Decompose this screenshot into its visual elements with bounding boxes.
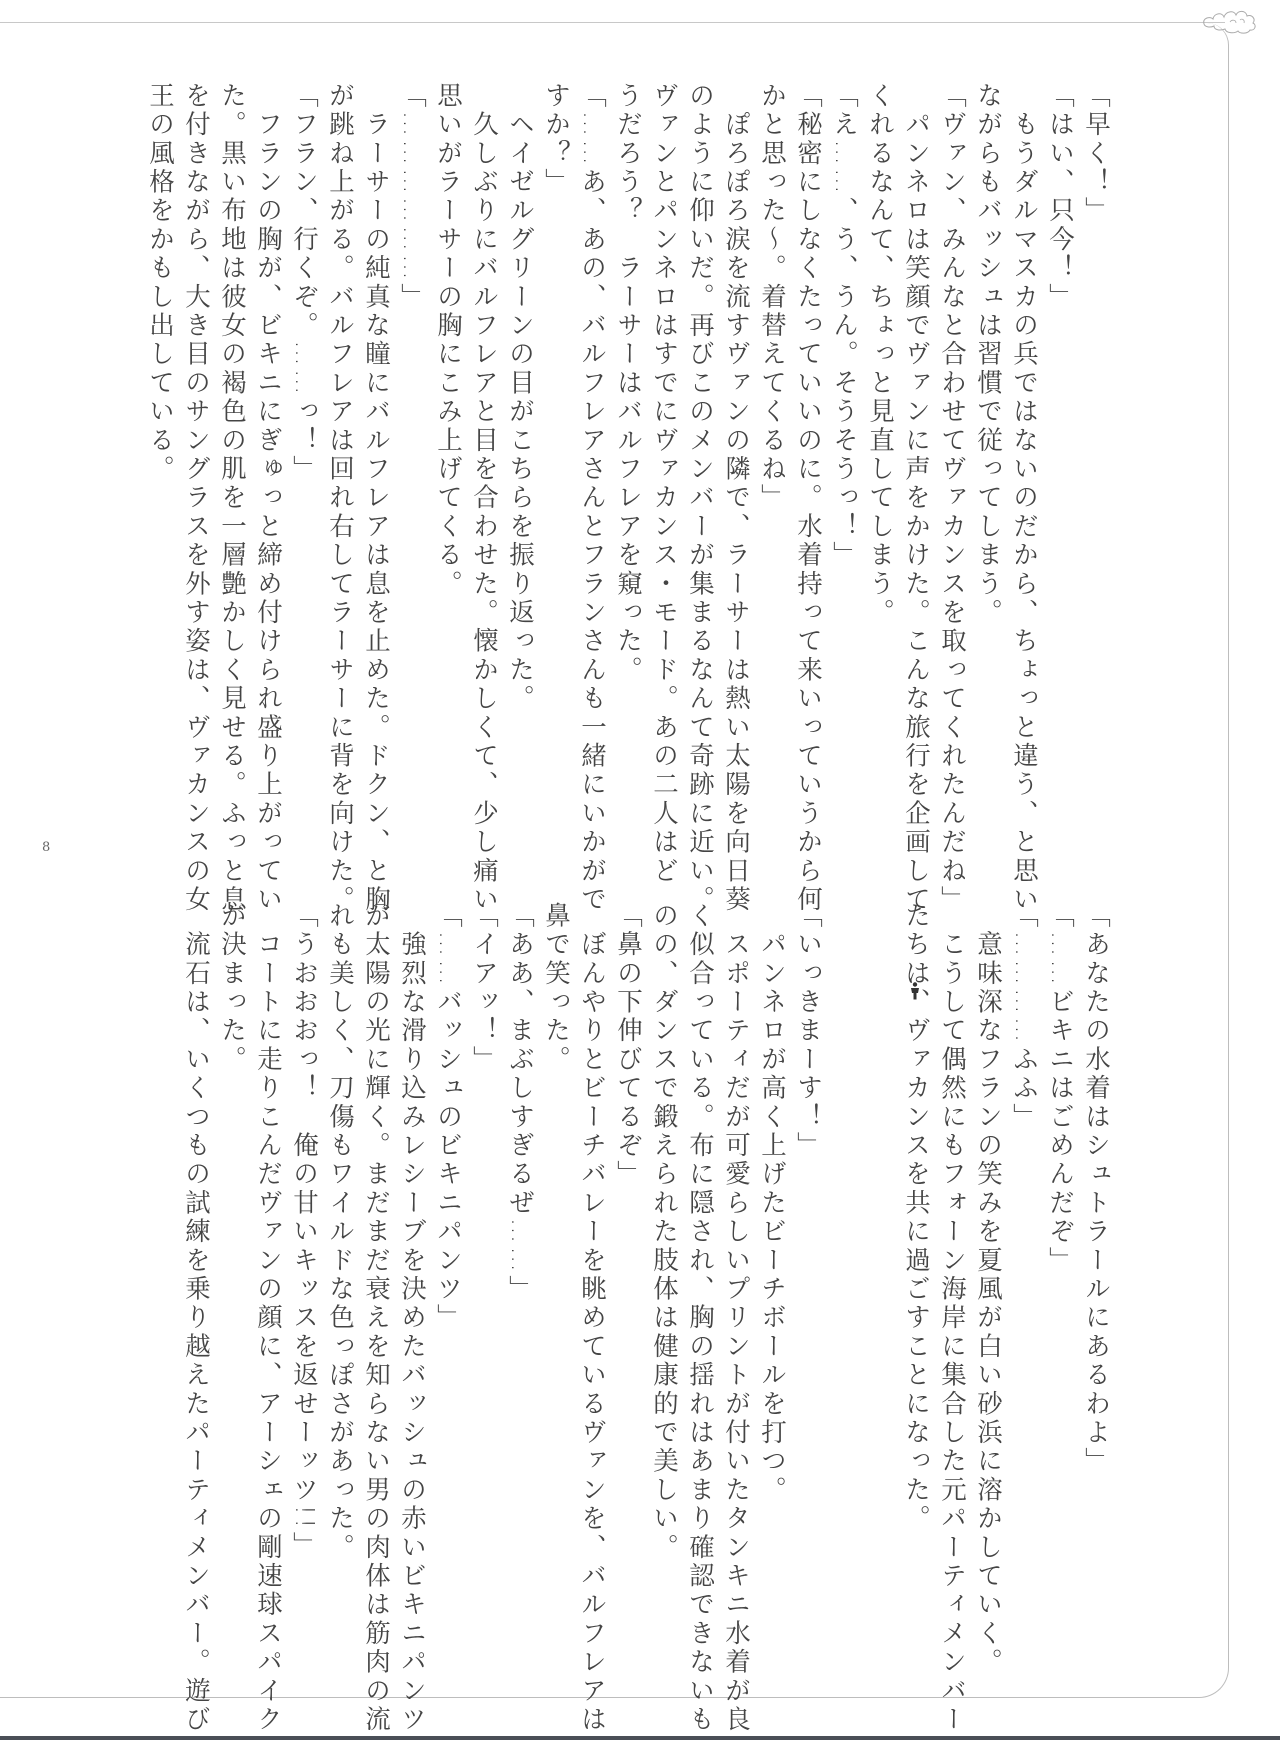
text-line: パンネロが高く上げたビーチボールを打つ。 [754, 902, 790, 1602]
text-line: 「……ビキニはごめんだぞ」 [1042, 902, 1078, 1602]
page-number: 8 [42, 840, 50, 855]
text-line: かと思った～。着替えてくるね」 [754, 82, 790, 782]
text-line: うだろう？ ラーサーはバルフレアを窺った。 [610, 82, 646, 782]
text-line: 「え……、う、うん。そうそうっ！」 [826, 82, 862, 782]
text-line: スポーティだが可愛らしいプリントが付いたタンキニ水着が良 [718, 902, 754, 1602]
text-line: 「フラン、行くぞ。……っ！」 [286, 82, 322, 782]
text-line: 「ああ、まぶしすぎるぜ……」 [502, 902, 538, 1602]
text-line: くれるなんて、ちょっと見直してしまう。 [862, 82, 898, 782]
text-line: こうして偶然にもフォーン海岸に集合した元パーティメンバー [934, 902, 970, 1602]
text-block-top: 「早く！」 「はい、只今！」 もうダルマスカの兵ではないのだから、ちょっと違う、… [142, 82, 1114, 782]
text-line: く似合っている。布に隠され、胸の揺れはあまり確認できないも [682, 902, 718, 1602]
text-line: 「あなたの水着はシュトラールにあるわよ」 [1078, 902, 1114, 1602]
text-line: ヴァンとパンネロはすでにヴァカンス・モード。あの二人はど [646, 82, 682, 782]
text-line: パンネロは笑顔でヴァンに声をかけた。こんな旅行を企画して [898, 82, 934, 782]
text-line: すか？」 [538, 82, 574, 782]
text-line: 「鼻の下伸びてるぞ」 [610, 902, 646, 1602]
text-line: た。黒い布地は彼女の褐色の肌を一層艶かしく見せる。ふっと息 [214, 82, 250, 782]
text-line: ヘイゼルグリーンの目がこちらを振り返った。 [502, 82, 538, 782]
text-line: 「………………」 [394, 82, 430, 782]
text-line: が決まった。 [214, 902, 250, 1602]
text-line: 「うおおおっ！ 俺の甘いキッスを返せーッツ!!」 [286, 902, 322, 1602]
text-line: 「……バッシュのビキニパンツ」 [430, 902, 466, 1602]
text-line: 意味深なフランの笑みを夏風が白い砂浜に溶かしていく。 [970, 902, 1006, 1602]
text-line: れも美しく、刀傷もワイルドな色っぽさがあった。 [322, 902, 358, 1602]
text-line: が太陽の光に輝く。まだまだ衰えを知らない男の肉体は筋肉の流 [358, 902, 394, 1602]
text-line: ぽろぽろ涙を流すヴァンの隣で、ラーサーは熱い太陽を向日葵 [718, 82, 754, 782]
text-line: 「……あ、あの、バルフレアさんとフランさんも一緒にいかがで [574, 82, 610, 782]
text-line: もうダルマスカの兵ではないのだから、ちょっと違う、と思い [1006, 82, 1042, 782]
text-line: 思いがラーサーの胸にこみ上げてくる。 [430, 82, 466, 782]
text-line: のように仰いだ。再びこのメンバーが集まるなんて奇跡に近い。 [682, 82, 718, 782]
text-line: を付きながら、大き目のサングラスを外す姿は、ヴァカンスの女 [178, 82, 214, 782]
text-line: が跳ね上がる。バルフレアは回れ右してラーサーに背を向けた。 [322, 82, 358, 782]
text-line: 「いっきまーす！」 [790, 902, 826, 1602]
text-block-bottom: 「あなたの水着はシュトラールにあるわよ」 「……ビキニはごめんだぞ」 「…………… [178, 902, 1114, 1602]
scan-edge-bar [0, 1736, 1280, 1740]
text-line: 「…………ふふ」 [1006, 902, 1042, 1602]
text-line: ラーサーの純真な瞳にバルフレアは息を止めた。ドクン、と胸 [358, 82, 394, 782]
text-line: 「秘密にしなくたっていいのに。水着持って来いっていうから何 [790, 82, 826, 782]
text-line: 久しぶりにバルフレアと目を合わせた。懐かしくて、少し痛い [466, 82, 502, 782]
text-line: 「ヴァン、みんなと合わせてヴァカンスを取ってくれたんだね」 [934, 82, 970, 782]
text-line: 「はい、只今！」 [1042, 82, 1078, 782]
book-page: 8 「早く！」 「はい、只今！」 もうダルマスカの兵ではないのだから、ちょっと違… [0, 0, 1280, 1740]
text-line: 「早く！」 [1078, 82, 1114, 782]
text-line: 「イアッ！」 [466, 902, 502, 1602]
text-line: たちは、ヴァカンスを共に過ごすことになった。 [898, 902, 934, 1602]
text-line: 流石は、いくつもの試練を乗り越えたパーティメンバー。遊び [178, 902, 214, 1602]
section-break-spacer [862, 902, 898, 1602]
text-line: 強烈な滑り込みレシーブを決めたバッシュの赤いビキニパンツ [394, 902, 430, 1602]
text-line: 王の風格をかもし出している。 [142, 82, 178, 782]
text-line: コートに走りこんだヴァンの顔に、アーシェの剛速球スパイク [250, 902, 286, 1602]
text-line: のの、ダンスで鍛えられた肢体は健康的で美しい。 [646, 902, 682, 1602]
text-line: 鼻で笑った。 [538, 902, 574, 1602]
cloud-ornament-icon [1200, 6, 1264, 36]
section-break-spacer [826, 902, 862, 1602]
text-line: ぼんやりとビーチバレーを眺めているヴァンを、バルフレアは [574, 902, 610, 1602]
text-line: フランの胸が、ビキニにぎゅっと締め付けられ盛り上がってい [250, 82, 286, 782]
text-line: ながらもバッシュは習慣で従ってしまう。 [970, 82, 1006, 782]
